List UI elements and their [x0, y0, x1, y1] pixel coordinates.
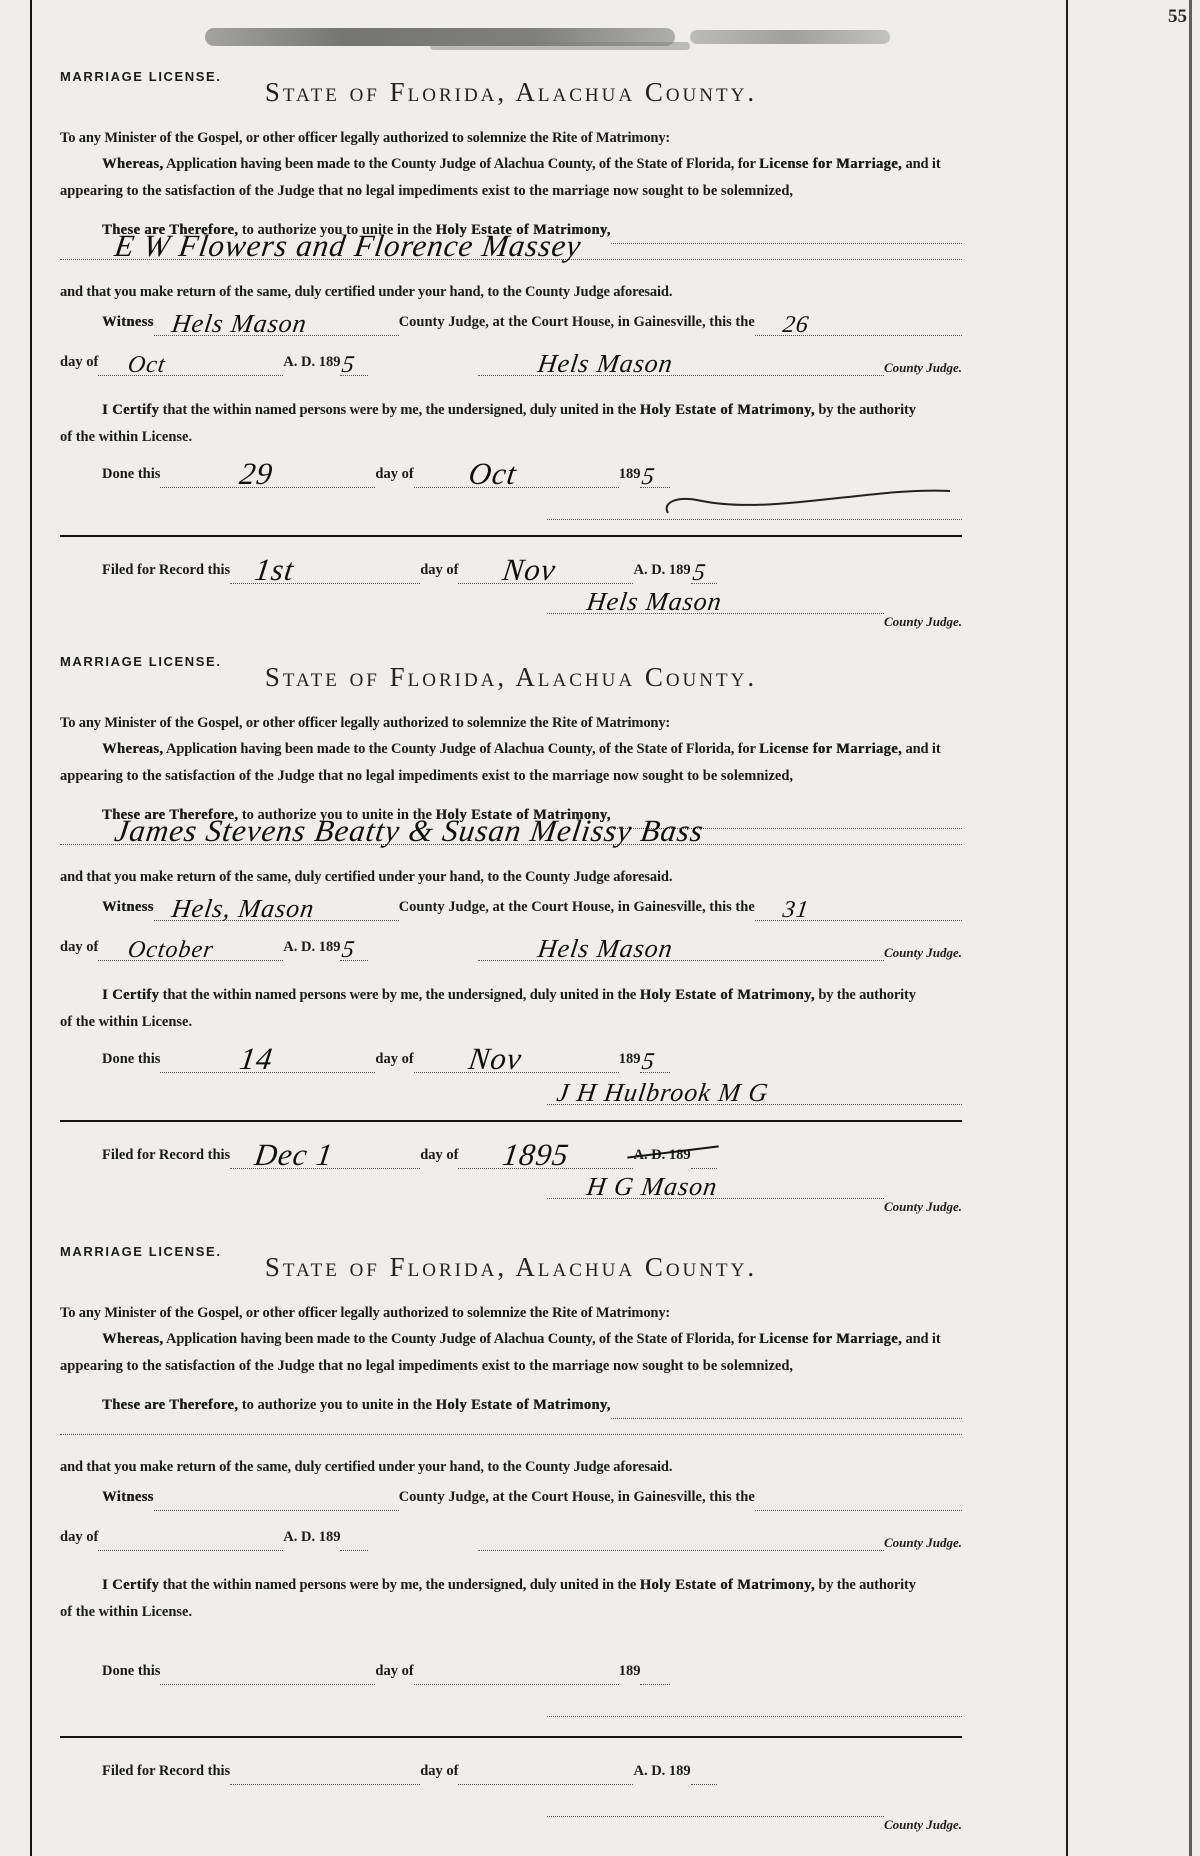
handwritten-month: October: [127, 938, 216, 962]
return-line: and that you make return of the same, du…: [60, 1454, 962, 1481]
scan-smudge: [430, 42, 690, 50]
month-blank: October: [98, 940, 283, 961]
witness-row: Witness County Judge, at the Court House…: [60, 1484, 962, 1511]
officiant-signature-line: [547, 499, 962, 520]
handwritten-officiant-signature: J H Hulbrook M G: [555, 1080, 770, 1106]
done-day-blank: 29: [160, 467, 375, 488]
year-suffix-blank: 5: [340, 355, 368, 376]
witness-signature-blank: Hels Mason: [154, 315, 399, 336]
handwritten-done-month: Oct: [467, 458, 519, 489]
certify-paragraph: I Certify that the within named persons …: [60, 1572, 962, 1626]
county-judge-label: County Judge.: [884, 945, 962, 961]
done-this-label: Done this: [60, 1046, 160, 1073]
whereas-label: Whereas,: [60, 156, 163, 172]
officiant-signature-row: J H Hulbrook M G: [60, 1084, 962, 1105]
filed-day-blank: [230, 1764, 420, 1785]
form-title: State of Florida, Alachua County.: [60, 1252, 962, 1283]
certify-continued: of the within License.: [60, 429, 192, 445]
filed-signature-line: H G Mason: [547, 1178, 884, 1199]
handwritten-judge-signature: Hels Mason: [537, 936, 676, 962]
filed-ad-label: A. D. 189: [633, 1758, 690, 1785]
whereas-paragraph: Whereas, Application having been made to…: [60, 736, 962, 790]
handwritten-month: Oct: [127, 353, 168, 377]
section-divider-rule: [60, 1120, 962, 1122]
county-judge-label: County Judge.: [884, 1535, 962, 1551]
officiant-signature-line: J H Hulbrook M G: [547, 1084, 962, 1105]
handwritten-couple-names: James Stevens Beatty & Susan Melissy Bas…: [113, 815, 706, 846]
witness-row: Witness Hels, Mason County Judge, at the…: [60, 894, 962, 921]
done-year-label: 189: [619, 461, 641, 488]
handwritten-filed-day: 1st: [253, 554, 297, 585]
done-year-suffix-blank: 5: [640, 1052, 670, 1073]
officiant-signature-row: [60, 499, 962, 520]
license-for-marriage-emphasis: License for Marriage,: [759, 1331, 902, 1347]
filed-day-of-label: day of: [420, 557, 458, 584]
filed-ad-label: A. D. 189: [633, 557, 690, 584]
done-year-suffix-blank: [640, 1664, 670, 1685]
whereas-continued: appearing to the satisfaction of the Jud…: [60, 768, 793, 784]
done-month-blank: Oct: [414, 467, 619, 488]
handwritten-filed-signature: Hels Mason: [585, 589, 724, 615]
handwritten-couple-names: E W Flowers and Florence Massey: [113, 230, 584, 261]
done-row: Done this 29 day of Oct 189 5: [60, 461, 962, 488]
done-day-of-label: day of: [375, 461, 413, 488]
officiant-signature-line: [547, 1696, 962, 1717]
minister-line: To any Minister of the Gospel, or other …: [60, 710, 962, 737]
day-of-row: day of A. D. 189 County Judge.: [60, 1524, 962, 1551]
witness-row: Witness Hels Mason County Judge, at the …: [60, 309, 962, 336]
handwritten-witness-signature: Hels, Mason: [170, 896, 316, 922]
certify-label: I Certify: [60, 1577, 159, 1593]
filed-label: Filed for Record this: [60, 557, 230, 584]
couple-names-line: E W Flowers and Florence Massey: [60, 239, 962, 269]
page-number: 55: [1168, 6, 1187, 28]
filed-for-record-row: Filed for Record this 1st day of Nov A. …: [60, 557, 962, 584]
handwritten-done-month: Nov: [467, 1043, 524, 1074]
filed-day-blank: Dec 1: [230, 1148, 420, 1169]
whereas-continued: appearing to the satisfaction of the Jud…: [60, 1358, 793, 1374]
done-this-label: Done this: [60, 1658, 160, 1685]
filed-signature-line: Hels Mason: [547, 593, 884, 614]
couple-names-blank: [60, 1414, 962, 1435]
handwritten-done-day: 14: [238, 1043, 275, 1074]
day-of-label: day of: [60, 934, 98, 961]
ad-label: A. D. 189: [283, 1524, 340, 1551]
filed-county-judge-label: County Judge.: [884, 614, 962, 630]
officiant-signature-row: [60, 1696, 962, 1717]
license-for-marriage-emphasis: License for Marriage,: [759, 156, 902, 172]
filed-year-suffix-blank: [691, 1764, 717, 1785]
certify-continued: of the within License.: [60, 1014, 192, 1030]
filed-county-judge-label: County Judge.: [884, 1817, 962, 1833]
certify-paragraph: I Certify that the within named persons …: [60, 982, 962, 1036]
this-the-day-blank: 26: [755, 315, 962, 336]
done-year-label: 189: [619, 1658, 641, 1685]
whereas-continued: appearing to the satisfaction of the Jud…: [60, 183, 793, 199]
page-left-edge-line: [30, 0, 32, 1856]
filed-month-blank: Nov: [458, 563, 633, 584]
ad-label: A. D. 189: [283, 934, 340, 961]
return-line: and that you make return of the same, du…: [60, 279, 962, 306]
judge-signature-line: Hels Mason: [478, 355, 884, 376]
handwritten-done-day: 29: [238, 458, 275, 489]
holy-estate-emphasis: Holy Estate of Matrimony,: [436, 1397, 611, 1413]
marriage-license-form-3: MARRIAGE LICENSE. State of Florida, Alac…: [60, 1230, 962, 1856]
filed-year-suffix-blank: 5: [691, 563, 717, 584]
minister-line: To any Minister of the Gospel, or other …: [60, 1300, 962, 1327]
year-suffix-blank: [340, 1530, 368, 1551]
scan-gutter-line: [1189, 0, 1192, 1856]
couple-names-line: [60, 1414, 962, 1444]
witness-label: Witness: [60, 894, 154, 921]
witness-text: County Judge, at the Court House, in Gai…: [399, 309, 755, 336]
handwritten-witness-signature: Hels Mason: [170, 311, 309, 337]
holy-estate-emphasis-2: Holy Estate of Matrimony,: [640, 987, 815, 1003]
whereas-label: Whereas,: [60, 1331, 163, 1347]
section-divider-rule: [60, 1736, 962, 1738]
form-title: State of Florida, Alachua County.: [60, 77, 962, 108]
filed-signature-row: County Judge.: [60, 1796, 962, 1817]
filed-signature-row: H G Mason County Judge.: [60, 1178, 962, 1199]
day-of-row: day of Oct A. D. 189 5 Hels Mason County…: [60, 349, 962, 376]
whereas-label: Whereas,: [60, 741, 163, 757]
couple-names-blank: James Stevens Beatty & Susan Melissy Bas…: [60, 824, 962, 845]
scanned-marriage-license-page: 55 MARRIAGE LICENSE. State of Florida, A…: [0, 0, 1200, 1856]
witness-label: Witness: [60, 309, 154, 336]
license-for-marriage-emphasis: License for Marriage,: [759, 741, 902, 757]
handwritten-this-the-day: 26: [781, 313, 810, 337]
filed-signature-row: Hels Mason County Judge.: [60, 593, 962, 614]
minister-line: To any Minister of the Gospel, or other …: [60, 125, 962, 152]
handwritten-filed-month: Nov: [501, 554, 558, 585]
handwritten-this-the-day: 31: [781, 898, 810, 922]
handwritten-year-suffix: 5: [341, 938, 357, 962]
filed-signature-line: [547, 1796, 884, 1817]
filed-ad-label: A. D. 189: [633, 1142, 690, 1169]
certify-continued: of the within License.: [60, 1604, 192, 1620]
done-row: Done this day of 189: [60, 1658, 962, 1685]
day-of-label: day of: [60, 349, 98, 376]
couple-names-blank: E W Flowers and Florence Massey: [60, 239, 962, 260]
filed-day-blank: 1st: [230, 563, 420, 584]
done-month-blank: [414, 1664, 619, 1685]
filed-for-record-row: Filed for Record this Dec 1 day of 1895 …: [60, 1142, 962, 1169]
filed-county-judge-label: County Judge.: [884, 1199, 962, 1215]
scan-smudge: [690, 30, 890, 44]
done-row: Done this 14 day of Nov 189 5: [60, 1046, 962, 1073]
certify-label: I Certify: [60, 402, 159, 418]
done-day-of-label: day of: [375, 1046, 413, 1073]
handwritten-judge-signature: Hels Mason: [537, 351, 676, 377]
judge-signature-line: [478, 1530, 884, 1551]
filed-day-of-label: day of: [420, 1142, 458, 1169]
certify-paragraph: I Certify that the within named persons …: [60, 397, 962, 451]
certify-label: I Certify: [60, 987, 159, 1003]
filed-label: Filed for Record this: [60, 1758, 230, 1785]
section-divider-rule: [60, 535, 962, 537]
filed-month-blank: 1895: [458, 1148, 633, 1169]
month-blank: Oct: [98, 355, 283, 376]
page-right-edge-line: [1066, 0, 1068, 1856]
form-title: State of Florida, Alachua County.: [60, 662, 962, 693]
done-month-blank: Nov: [414, 1052, 619, 1073]
couple-names-line: James Stevens Beatty & Susan Melissy Bas…: [60, 824, 962, 854]
month-blank: [98, 1530, 283, 1551]
ad-label: A. D. 189: [283, 349, 340, 376]
witness-signature-blank: [154, 1490, 399, 1511]
day-of-row: day of October A. D. 189 5 Hels Mason Co…: [60, 934, 962, 961]
filed-for-record-row: Filed for Record this day of A. D. 189: [60, 1758, 962, 1785]
witness-signature-blank: Hels, Mason: [154, 900, 399, 921]
marriage-license-form-2: MARRIAGE LICENSE. State of Florida, Alac…: [60, 640, 962, 1230]
therefore-label: These are Therefore,: [60, 1397, 238, 1413]
filed-year-suffix-blank: [691, 1148, 717, 1169]
county-judge-label: County Judge.: [884, 360, 962, 376]
filed-day-of-label: day of: [420, 1758, 458, 1785]
handwritten-year-suffix: 5: [341, 353, 357, 377]
pen-flourish: [662, 485, 952, 519]
whereas-paragraph: Whereas, Application having been made to…: [60, 1326, 962, 1380]
done-day-of-label: day of: [375, 1658, 413, 1685]
return-line: and that you make return of the same, du…: [60, 864, 962, 891]
whereas-paragraph: Whereas, Application having been made to…: [60, 151, 962, 205]
this-the-day-blank: 31: [755, 900, 962, 921]
this-the-day-blank: [755, 1490, 962, 1511]
handwritten-done-year-suffix: 5: [641, 1050, 657, 1074]
holy-estate-emphasis-2: Holy Estate of Matrimony,: [640, 1577, 815, 1593]
handwritten-filed-year-suffix: 5: [691, 561, 707, 585]
year-suffix-blank: 5: [340, 940, 368, 961]
witness-text: County Judge, at the Court House, in Gai…: [399, 1484, 755, 1511]
done-day-blank: 14: [160, 1052, 375, 1073]
filed-label: Filed for Record this: [60, 1142, 230, 1169]
marriage-license-form-1: MARRIAGE LICENSE. State of Florida, Alac…: [60, 55, 962, 640]
filed-month-blank: [458, 1764, 633, 1785]
witness-label: Witness: [60, 1484, 154, 1511]
handwritten-filed-signature: H G Mason: [585, 1174, 719, 1200]
witness-text: County Judge, at the Court House, in Gai…: [399, 894, 755, 921]
done-year-label: 189: [619, 1046, 641, 1073]
holy-estate-emphasis-2: Holy Estate of Matrimony,: [640, 402, 815, 418]
handwritten-filed-day: Dec 1: [253, 1139, 336, 1170]
handwritten-done-year-suffix: 5: [641, 465, 657, 489]
day-of-label: day of: [60, 1524, 98, 1551]
handwritten-filed-month: 1895: [501, 1139, 571, 1170]
judge-signature-line: Hels Mason: [478, 940, 884, 961]
done-day-blank: [160, 1664, 375, 1685]
done-this-label: Done this: [60, 461, 160, 488]
